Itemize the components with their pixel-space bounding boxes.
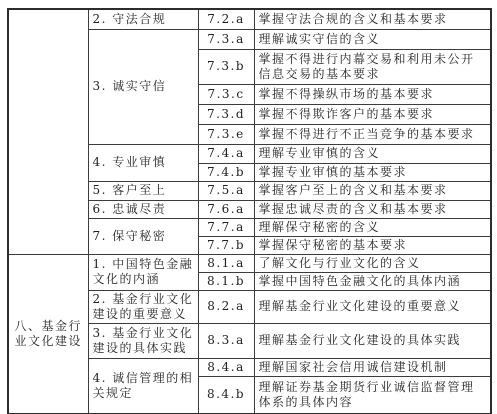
code-cell: 7.3.d <box>198 104 254 124</box>
desc-cell: 掌握中国特色金融文化的具体内涵 <box>254 272 491 290</box>
desc-cell: 掌握不得欺诈客户的基本要求 <box>254 104 491 124</box>
code-cell: 7.3.b <box>198 49 254 84</box>
desc-cell: 掌握不得进行内幕交易和利用未公开信息交易的基本要求 <box>254 49 491 84</box>
section-label-cell: 八、基金行业文化建设 <box>8 254 88 414</box>
code-cell: 7.5.a <box>198 181 254 200</box>
desc-cell: 掌握不得进行不正当竞争的基本要求 <box>254 124 491 144</box>
desc-cell: 理解证券基金期货行业诚信监督管理体系的具体内容 <box>254 376 491 414</box>
code-cell: 7.3.e <box>198 124 254 144</box>
code-cell: 7.3.a <box>198 29 254 49</box>
code-cell: 8.4.b <box>198 376 254 414</box>
desc-cell: 掌握专业审慎的基本要求 <box>254 163 491 181</box>
table-row: 八、基金行业文化建设 1. 中国特色金融文化的内涵 8.1.a 了解文化与行业文… <box>8 254 491 272</box>
code-cell: 7.4.b <box>198 163 254 181</box>
code-cell: 8.4.a <box>198 358 254 376</box>
group-label-cell: 7. 保守秘密 <box>88 218 198 254</box>
code-cell: 7.7.b <box>198 236 254 254</box>
desc-cell: 理解国家社会信用诚信建设机制 <box>254 358 491 376</box>
code-cell: 7.7.a <box>198 218 254 236</box>
group-label-cell: 6. 忠诚尽责 <box>88 200 198 218</box>
code-cell: 8.1.a <box>198 254 254 272</box>
code-cell: 8.3.a <box>198 323 254 358</box>
code-cell: 7.3.c <box>198 84 254 104</box>
desc-cell: 掌握保守秘密的基本要求 <box>254 236 491 254</box>
desc-cell: 理解基金行业文化建设的具体实践 <box>254 323 491 358</box>
desc-cell: 理解诚实守信的含义 <box>254 29 491 49</box>
desc-cell: 掌握客户至上的含义和基本要求 <box>254 181 491 200</box>
code-cell: 7.4.a <box>198 144 254 163</box>
group-label-cell: 3. 诚实守信 <box>88 29 198 144</box>
desc-cell: 理解基金行业文化建设的重要意义 <box>254 290 491 323</box>
code-cell: 8.2.a <box>198 290 254 323</box>
desc-cell: 掌握忠诚尽责的含义和基本要求 <box>254 200 491 218</box>
section-label-cell <box>8 9 88 254</box>
table-row: 2. 守法合规 7.2.a 掌握守法合规的含义和基本要求 <box>8 9 491 29</box>
group-label-cell: 2. 守法合规 <box>88 9 198 29</box>
group-label-cell: 5. 客户至上 <box>88 181 198 200</box>
desc-cell: 了解文化与行业文化的含义 <box>254 254 491 272</box>
desc-cell: 掌握不得操纵市场的基本要求 <box>254 84 491 104</box>
group-label-cell: 4. 诚信管理的相关规定 <box>88 358 198 414</box>
desc-cell: 掌握守法合规的含义和基本要求 <box>254 9 491 29</box>
desc-cell: 理解保守秘密的含义 <box>254 218 491 236</box>
group-label-cell: 1. 中国特色金融文化的内涵 <box>88 254 198 290</box>
group-label-cell: 2. 基金行业文化建设的重要意义 <box>88 290 198 323</box>
syllabus-table: 2. 守法合规 7.2.a 掌握守法合规的含义和基本要求 3. 诚实守信 7.3… <box>7 8 492 414</box>
group-label-cell: 4. 专业审慎 <box>88 144 198 181</box>
document-page: 2. 守法合规 7.2.a 掌握守法合规的含义和基本要求 3. 诚实守信 7.3… <box>0 0 497 414</box>
code-cell: 7.6.a <box>198 200 254 218</box>
desc-cell: 理解专业审慎的含义 <box>254 144 491 163</box>
group-label-cell: 3. 基金行业文化建设的具体实践 <box>88 323 198 358</box>
code-cell: 8.1.b <box>198 272 254 290</box>
code-cell: 7.2.a <box>198 9 254 29</box>
